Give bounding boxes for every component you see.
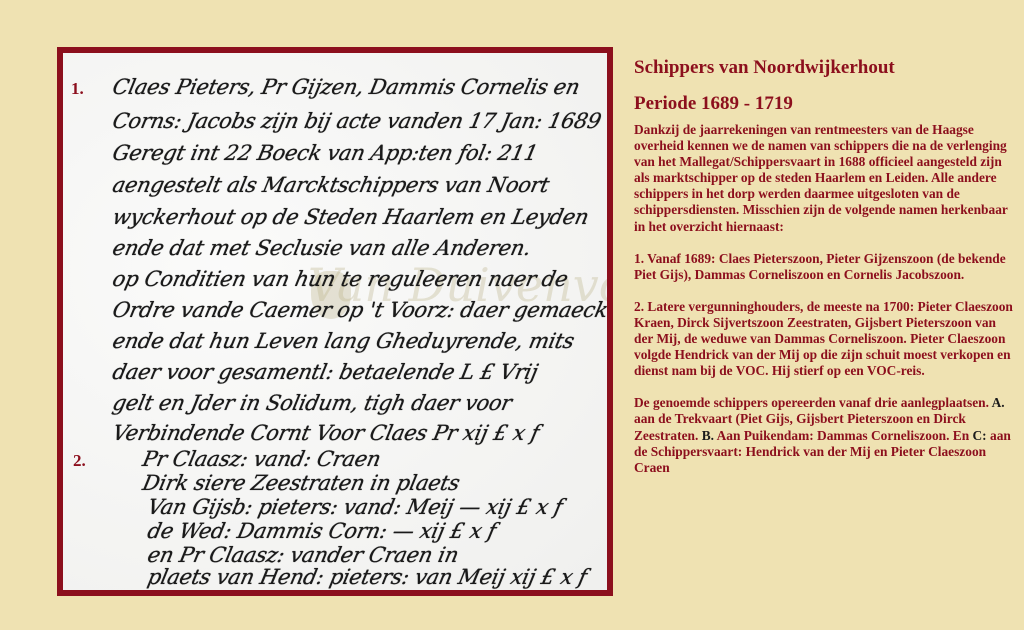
manuscript-line: Ordre vande Caemer op 't Voorz: daer gem… bbox=[110, 298, 595, 322]
period-subtitle: Periode 1689 - 1719 bbox=[634, 92, 1018, 116]
manuscript-line: wyckerhout op de Steden Haarlem en Leyde… bbox=[110, 205, 595, 229]
manuscript-line: ende dat hun Leven lang Gheduyrende, mit… bbox=[110, 329, 595, 353]
manuscript-line: gelt en Jder in Solidum, tigh daer voor bbox=[110, 391, 595, 415]
intro-paragraph: Dankzij de jaarrekeningen van rentmeeste… bbox=[634, 122, 1018, 235]
manuscript-line: Geregt int 22 Boeck van App:ten fol: 211 bbox=[110, 141, 595, 165]
locations-paragraph: De genoemde schippers opereerden vanaf d… bbox=[634, 395, 1018, 475]
article: Schippers van Noordwijkerhout Periode 16… bbox=[634, 56, 1018, 476]
manuscript-line: de Wed: Dammis Corn: — xij £ x f bbox=[145, 519, 595, 543]
manuscript-line: en Pr Claasz: vander Craen in bbox=[145, 543, 595, 567]
manuscript-line: daer voor gesamentl: betaelende L £ Vrij bbox=[110, 360, 595, 384]
manuscript-line: Van Gijsb: pieters: vand: Meij — xij £ x… bbox=[145, 495, 595, 519]
manuscript-line: op Conditien van hun te reguleeren naer … bbox=[110, 267, 595, 291]
manuscript-line: ende dat met Seclusie van alle Anderen. bbox=[110, 236, 595, 260]
manuscript-line: aengestelt als Marcktschippers van Noort bbox=[110, 173, 595, 197]
manuscript-line: plaets van Hend: pieters: van Meij xij £… bbox=[145, 565, 595, 589]
manuscript-line: Dirk siere Zeestraten in plaets bbox=[140, 471, 595, 495]
manuscript-line: Claes Pieters, Pr Gijzen, Dammis Corneli… bbox=[110, 75, 595, 99]
manuscript-line: Verbindende Cornt Voor Claes Pr xij £ x … bbox=[110, 421, 595, 445]
location-label-a: A. bbox=[992, 395, 1005, 410]
manuscript-line: Pr Claasz: vand: Craen bbox=[140, 447, 595, 471]
section-1-paragraph: 1. Vanaf 1689: Claes Pieterszoon, Pieter… bbox=[634, 251, 1018, 283]
marker-2: 2. bbox=[73, 451, 86, 471]
marker-1: 1. bbox=[71, 79, 84, 99]
manuscript-line: Corns: Jacobs zijn bij acte vanden 17 Ja… bbox=[110, 109, 595, 133]
manuscript-image: Van Duivenvoorden 1. 2. Claes Pieters, P… bbox=[57, 47, 613, 596]
locations-text: De genoemde schippers opereerden vanaf d… bbox=[634, 395, 992, 410]
section-2-paragraph: 2. Latere vergunninghouders, de meeste n… bbox=[634, 299, 1018, 379]
location-label-c: C: bbox=[973, 428, 987, 443]
location-label-b: B. bbox=[702, 428, 714, 443]
page-title: Schippers van Noordwijkerhout bbox=[634, 56, 1018, 80]
locations-text: Aan Puikendam: Dammas Corneliszoon. En bbox=[714, 428, 973, 443]
